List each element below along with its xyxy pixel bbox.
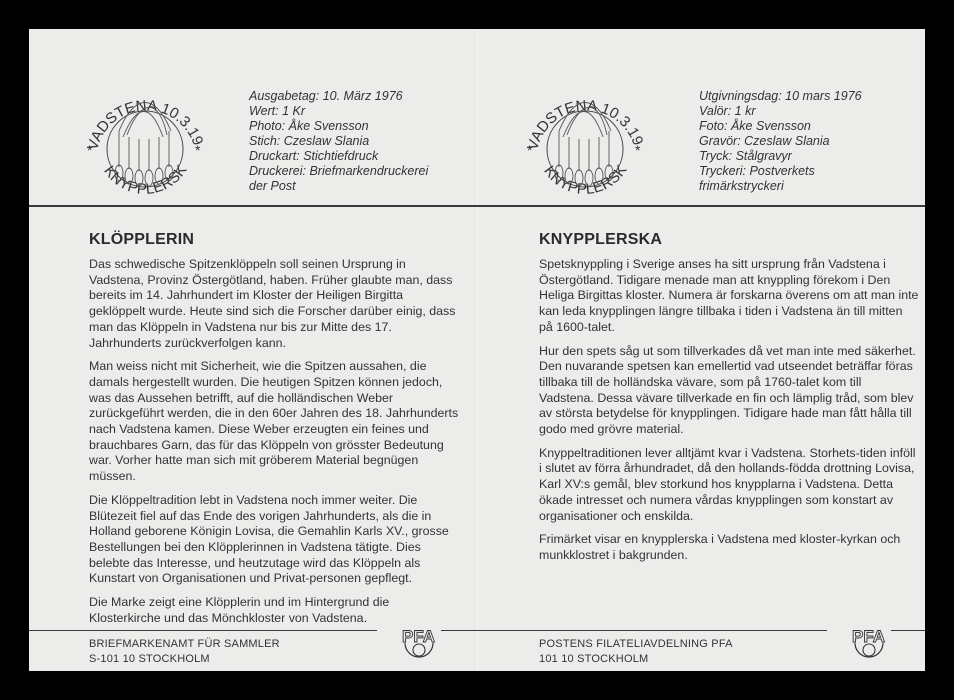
pfa-logo-icon: PFA [401,625,437,661]
pfa-logo-icon: PFA [851,625,887,661]
svg-text:PFA: PFA [852,627,885,646]
issue-details: Ausgabetag: 10. März 1976 Wert: 1 Kr Pho… [249,89,428,194]
paragraph: Man weiss nicht mit Sicherheit, wie die … [89,359,459,485]
article-body: Das schwedische Spitzenklöppeln soll sei… [89,257,459,634]
detail-row: Valör: 1 kr [699,104,862,119]
detail-row: Tryckeri: Postverkets [699,164,862,179]
paragraph: Das schwedische Spitzenklöppeln soll sei… [89,257,459,351]
detail-row: der Post [249,179,428,194]
paragraph: Frimärket visar en knypplerska i Vadsten… [539,532,919,563]
footer-rule [891,630,925,631]
detail-row: Gravör: Czeslaw Slania [699,134,862,149]
article-body: Spetsknyppling i Sverige anses ha sitt u… [539,257,919,572]
paragraph: Die Klöppeltradition lebt in Vadstena no… [89,493,459,587]
postmark-stamp-icon: VADSTENA 10.3.1976 KNYPPLERSKA * * [75,73,215,213]
detail-row: Stich: Czeslaw Slania [249,134,428,149]
article-title: KNYPPLERSKA [539,231,662,249]
footer-rule [477,630,827,631]
paragraph: Spetsknyppling i Sverige anses ha sitt u… [539,257,919,336]
postmark-stamp-icon: VADSTENA 10.3.1976 KNYPPLERSKA * * [515,73,655,213]
svg-text:*: * [635,142,641,158]
paragraph: Knyppeltraditionen lever alltjämt kvar i… [539,446,919,525]
publisher-name: BRIEFMARKENAMT FÜR SAMMLER [89,637,280,652]
footer-rule [441,630,477,631]
detail-row: frimärkstryckeri [699,179,862,194]
issue-details: Utgivningsdag: 10 mars 1976 Valör: 1 kr … [699,89,862,194]
paragraph: Hur den spets såg ut som tillverkades då… [539,344,919,438]
panel-swedish: VADSTENA 10.3.1976 KNYPPLERSKA * * Utgiv… [477,29,925,671]
publisher-name: POSTENS FILATELIAVDELNING PFA [539,637,733,652]
detail-row: Ausgabetag: 10. März 1976 [249,89,428,104]
paragraph: Die Marke zeigt eine Klöpplerin und im H… [89,595,459,626]
detail-row: Tryck: Stålgravyr [699,149,862,164]
detail-row: Foto: Åke Svensson [699,119,862,134]
detail-row: Druckart: Stichtiefdruck [249,149,428,164]
footer-rule [29,630,377,631]
svg-text:*: * [195,142,201,158]
publisher-city: 101 10 STOCKHOLM [539,652,733,667]
publisher-city: S-101 10 STOCKHOLM [89,652,280,667]
detail-row: Photo: Åke Svensson [249,119,428,134]
publisher-address: BRIEFMARKENAMT FÜR SAMMLER S-101 10 STOC… [89,637,280,667]
detail-row: Utgivningsdag: 10 mars 1976 [699,89,862,104]
svg-text:*: * [527,142,533,158]
svg-text:*: * [87,142,93,158]
detail-row: Druckerei: Briefmarkendruckerei [249,164,428,179]
svg-text:PFA: PFA [402,627,435,646]
panel-german: VADSTENA 10.3.1976 KNYPPLERSKA * * Ausga… [29,29,477,671]
publisher-address: POSTENS FILATELIAVDELNING PFA 101 10 STO… [539,637,733,667]
detail-row: Wert: 1 Kr [249,104,428,119]
article-title: KLÖPPLERIN [89,231,194,249]
philatelic-info-sheet: VADSTENA 10.3.1976 KNYPPLERSKA * * Ausga… [29,29,925,671]
